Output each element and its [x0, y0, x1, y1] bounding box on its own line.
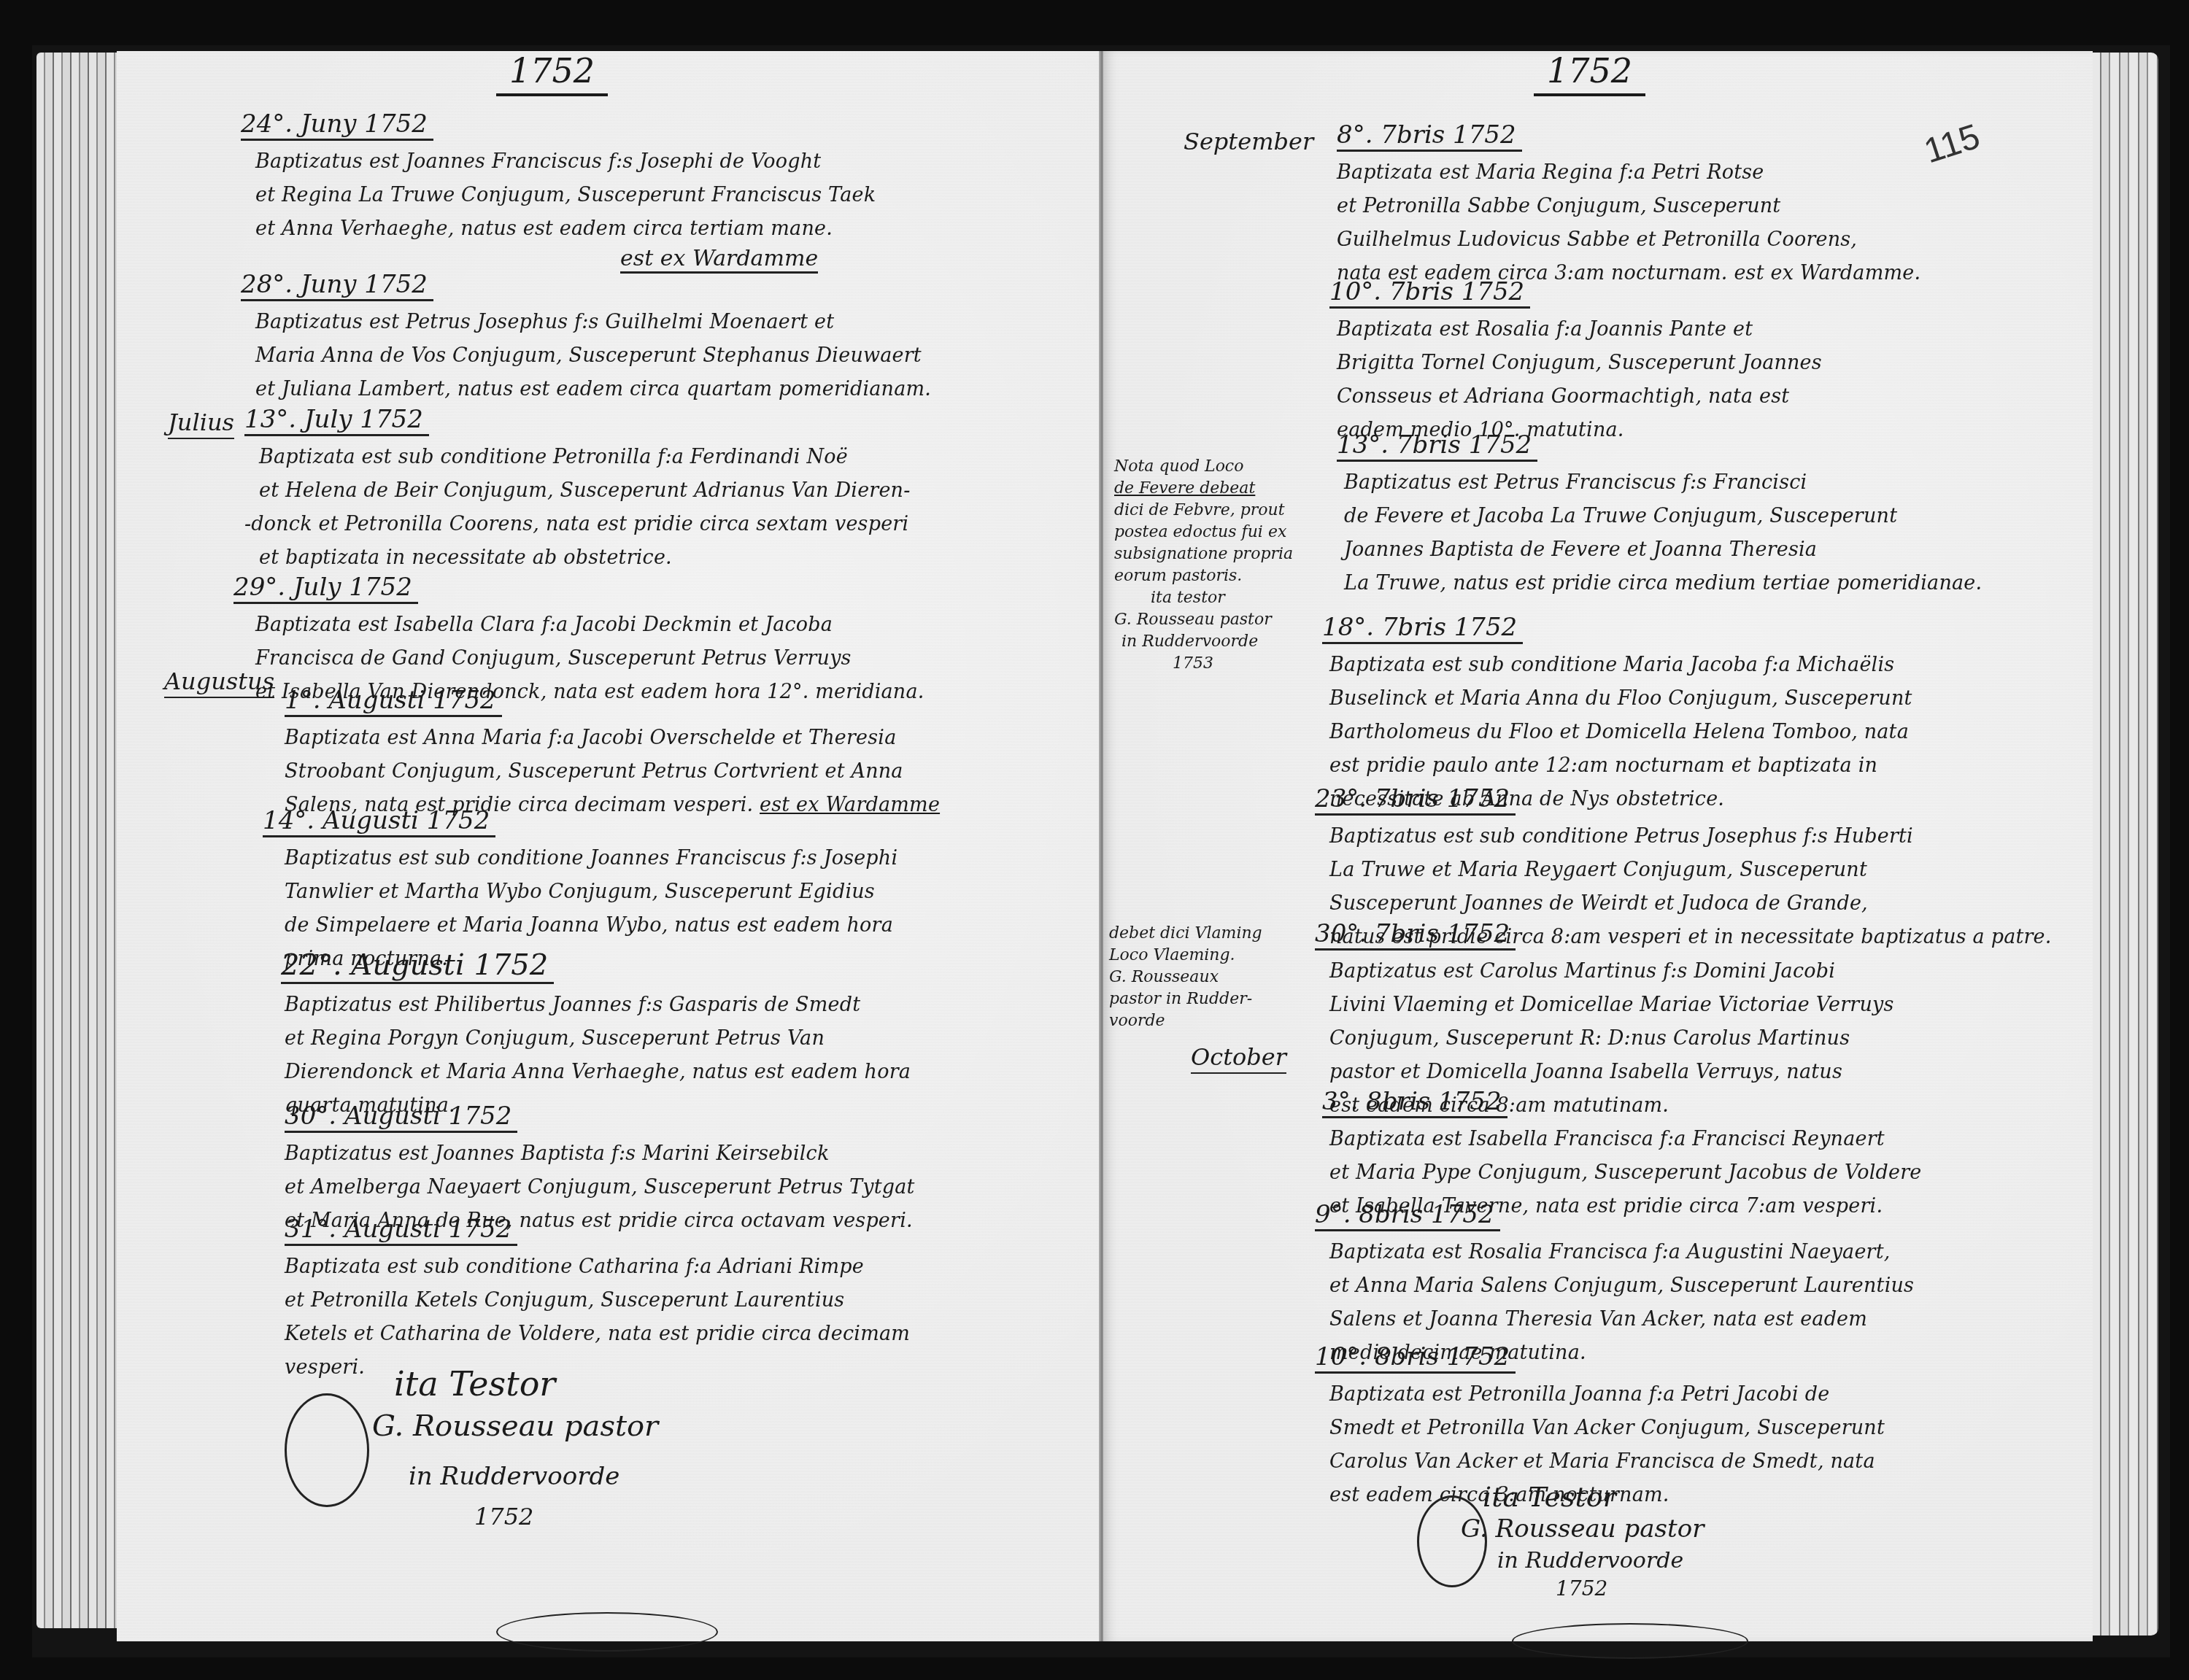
entry-line: La Truwe, natus est pridie circa medium … — [1337, 567, 1982, 600]
entry-line: Livini Vlaeming et Domicellae Mariae Vic… — [1315, 988, 1893, 1022]
entry-line: Baptizata est Maria Regina f:a Petri Rot… — [1337, 156, 1920, 190]
entry-line: et Regina Porgyn Conjugum, Susceperunt P… — [281, 1022, 911, 1056]
month-label-julius: Julius — [168, 409, 234, 439]
margin-note-line: pastor in Rudder- — [1109, 988, 1262, 1010]
entry-date: 24°. Juny 1752 — [241, 109, 433, 141]
entry-line: -donck et Petronilla Coorens, nata est p… — [244, 508, 911, 541]
entry-line: Bartholomeus du Floo et Domicella Helena… — [1322, 716, 1912, 749]
entry-line: et Helena de Beir Conjugum, Susceperunt … — [244, 474, 911, 508]
entry-line: Dierendonck et Maria Anna Verhaeghe, nat… — [281, 1056, 911, 1089]
margin-note-vlaming: debet dici Vlaming Loco Vlaeming. G. Rou… — [1109, 923, 1262, 1032]
entry-line: et Petronilla Ketels Conjugum, Susceperu… — [285, 1284, 910, 1317]
entry-line: Maria Anna de Vos Conjugum, Susceperunt … — [241, 339, 931, 373]
signature-place: in Ruddervoorde — [409, 1462, 658, 1491]
entry-line: et Regina La Truwe Conjugum, Susceperunt… — [241, 179, 876, 212]
entry-line: et Juliana Lambert, natus est eadem circ… — [241, 373, 931, 406]
entry-date: 14°. Augusti 1752 — [263, 806, 495, 837]
signature-ita-testor: ita Testor — [394, 1364, 658, 1404]
entry-date: 8°. 7bris 1752 — [1337, 120, 1522, 152]
entry-line: est pridie paulo ante 12:am nocturnam et… — [1322, 749, 1912, 783]
right-page: 1752 115 September October Nota quod Loc… — [1103, 51, 2093, 1641]
month-label-october: October — [1191, 1043, 1286, 1074]
margin-note-line: postea edoctus fui ex — [1114, 522, 1293, 543]
signature-name: G. Rousseau pastor — [372, 1409, 658, 1443]
entry-line: Baptizatus est Philibertus Joannes f:s G… — [281, 988, 911, 1022]
entry-line: Baptizata est Isabella Francisca f:a Fra… — [1322, 1123, 1921, 1156]
entry-line: Baptizata est Isabella Clara f:a Jacobi … — [233, 608, 924, 642]
entry-date: 31°. Augusti 1752 — [285, 1215, 517, 1246]
folio-number: 115 — [1919, 117, 1985, 172]
entry-line: Baptizata est Petronilla Joanna f:a Petr… — [1315, 1378, 1885, 1412]
entry-line: Baptizata est sub conditione Maria Jacob… — [1322, 649, 1912, 682]
signature-year: 1752 — [1556, 1576, 1704, 1600]
entry-line: et Anna Verhaeghe, natus est eadem circa… — [241, 212, 876, 246]
entry-date: 1°. Augusti 1752 — [285, 686, 502, 717]
entry-line: La Truwe et Maria Reygaert Conjugum, Sus… — [1315, 853, 2052, 887]
baptism-entry: 10°. 7bris 1752 Baptizata est Rosalia f:… — [1329, 277, 1822, 447]
entry-date: 9°. 8bris 1752 — [1315, 1200, 1500, 1231]
entry-date: 18°. 7bris 1752 — [1322, 613, 1523, 644]
margin-note-line: debet dici Vlaming — [1109, 923, 1262, 945]
margin-note-line: dici de Febvre, prout — [1114, 500, 1293, 522]
baptism-entry: 24°. Juny 1752 Baptizatus est Joannes Fr… — [241, 109, 876, 274]
pastor-signature: ita Testor G. Rousseau pastor in Rudderv… — [1344, 1481, 1704, 1600]
signature-year: 1752 — [474, 1503, 658, 1530]
baptism-entry: 22°. Augusti 1752 Baptizatus est Philibe… — [281, 948, 911, 1123]
entry-line: Susceperunt Joannes de Weirdt et Judoca … — [1315, 887, 2052, 921]
entry-line: Baptizatus est Joannes Baptista f:s Mari… — [285, 1137, 915, 1171]
baptism-entry: 13°. July 1752 Baptizata est sub conditi… — [244, 405, 911, 575]
entry-line: Baptizatus est sub conditione Joannes Fr… — [263, 842, 897, 875]
signature-name: G. Rousseau pastor — [1461, 1514, 1704, 1544]
entry-date: 30°. 7bris 1752 — [1315, 919, 1516, 951]
right-page-edges — [2091, 53, 2158, 1636]
entry-line: Guilhelmus Ludovicus Sabbe et Petronilla… — [1337, 223, 1920, 257]
entry-date: 28°. Juny 1752 — [241, 270, 433, 301]
signature-ita-testor: ita Testor — [1483, 1481, 1704, 1513]
signature-place: in Ruddervoorde — [1497, 1548, 1704, 1573]
entry-line: Baptizatus est sub conditione Petrus Jos… — [1315, 820, 2052, 853]
baptism-entry: 31°. Augusti 1752 Baptizata est sub cond… — [285, 1215, 910, 1385]
entry-date: 3°. 8bris 1752 — [1322, 1087, 1507, 1118]
entry-date: 13°. 7bris 1752 — [1337, 430, 1537, 462]
month-label-september: September — [1184, 128, 1313, 157]
entry-line: et Anna Maria Salens Conjugum, Susceperu… — [1315, 1269, 1914, 1303]
entry-line: Salens et Joanna Theresia Van Acker, nat… — [1315, 1303, 1914, 1336]
entry-line: Baptizatus est Petrus Franciscus f:s Fra… — [1337, 466, 1982, 500]
entry-line: Buselinck et Maria Anna du Floo Conjugum… — [1322, 682, 1912, 716]
baptism-entry: 1°. Augusti 1752 Baptizata est Anna Mari… — [285, 686, 940, 822]
margin-note-line: G. Rousseaux — [1109, 967, 1262, 988]
margin-note-line: eorum pastoris. — [1114, 565, 1293, 587]
entry-line: et Maria Pype Conjugum, Susceperunt Jaco… — [1322, 1156, 1921, 1190]
entry-line: et Amelberga Naeyaert Conjugum, Susceper… — [285, 1171, 915, 1204]
margin-note-line: 1753 — [1114, 653, 1293, 675]
entry-line: de Simpelaere et Maria Joanna Wybo, natu… — [263, 909, 897, 942]
entry-line: Baptizata est Rosalia f:a Joannis Pante … — [1329, 313, 1822, 347]
entry-date: 10°. 7bris 1752 — [1329, 277, 1530, 309]
entry-line: Francisca de Gand Conjugum, Susceperunt … — [233, 642, 924, 676]
page-year-heading: 1752 — [496, 51, 608, 96]
pastor-signature: ita Testor G. Rousseau pastor in Rudderv… — [255, 1364, 658, 1530]
margin-note-line: voorde — [1109, 1010, 1262, 1032]
margin-note-line: Nota quod Loco — [1114, 456, 1293, 478]
entry-date: 29°. July 1752 — [233, 573, 418, 604]
entry-line: Smedt et Petronilla Van Acker Conjugum, … — [1315, 1412, 1885, 1445]
baptism-entry: 28°. Juny 1752 Baptizatus est Petrus Jos… — [241, 270, 931, 406]
margin-note-line: subsignatione propria — [1114, 543, 1293, 565]
entry-line: Ketels et Catharina de Voldere, nata est… — [285, 1317, 910, 1351]
entry-date: 13°. July 1752 — [244, 405, 429, 436]
entry-line: Brigitta Tornel Conjugum, Susceperunt Jo… — [1329, 347, 1822, 380]
margin-note-line: G. Rousseau pastor — [1114, 609, 1293, 631]
entry-date: 23°. 7bris 1752 — [1315, 784, 1516, 816]
baptism-entry: 8°. 7bris 1752 Baptizata est Maria Regin… — [1337, 120, 1920, 290]
entry-date: 30°. Augusti 1752 — [285, 1102, 517, 1133]
entry-line: Joannes Baptista de Fevere et Joanna The… — [1337, 533, 1982, 567]
margin-note-line: ita testor — [1114, 587, 1293, 609]
signature-flourish — [285, 1393, 369, 1507]
baptism-entry: 13°. 7bris 1752 Baptizatus est Petrus Fr… — [1337, 430, 1982, 600]
signature-flourish — [496, 1612, 718, 1652]
entry-line: Baptizata est Rosalia Francisca f:a Augu… — [1315, 1236, 1914, 1269]
entry-line: Stroobant Conjugum, Susceperunt Petrus C… — [285, 755, 940, 789]
entry-line: Tanwlier et Martha Wybo Conjugum, Suscep… — [263, 875, 897, 909]
page-year-heading: 1752 — [1534, 51, 1645, 96]
entry-line: Baptizata est sub conditione Catharina f… — [285, 1250, 910, 1284]
margin-note-line: Loco Vlaeming. — [1109, 945, 1262, 967]
left-page: 1752 Julius Augustus 24°. Juny 1752 Bapt… — [117, 51, 1103, 1641]
entry-line: Carolus Van Acker et Maria Francisca de … — [1315, 1445, 1885, 1479]
margin-note-line: in Ruddervoorde — [1114, 631, 1293, 653]
entry-line: Baptizatus est Joannes Franciscus f:s Jo… — [241, 145, 876, 179]
signature-flourish — [1512, 1623, 1748, 1659]
entry-date: 10°. 8bris 1752 — [1315, 1342, 1516, 1374]
signature-flourish — [1417, 1495, 1487, 1587]
margin-note-line: de Fevere debeat — [1114, 478, 1293, 500]
entry-line: et Petronilla Sabbe Conjugum, Susceperun… — [1337, 190, 1920, 223]
entry-date: 22°. Augusti 1752 — [281, 948, 554, 984]
entry-line: Baptizatus est Carolus Martinus f:s Domi… — [1315, 955, 1893, 988]
entry-line: pastor et Domicella Joanna Isabella Verr… — [1315, 1056, 1893, 1089]
entry-line: Conjugum, Susceperunt R: D:nus Carolus M… — [1315, 1022, 1893, 1056]
left-page-edges — [36, 53, 118, 1628]
entry-line: Baptizata est Anna Maria f:a Jacobi Over… — [285, 721, 940, 755]
entry-line: de Fevere et Jacoba La Truwe Conjugum, S… — [1337, 500, 1982, 533]
entry-line: Baptizata est sub conditione Petronilla … — [244, 441, 911, 474]
entry-line: Consseus et Adriana Goormachtigh, nata e… — [1329, 380, 1822, 414]
entry-line: et baptizata in necessitate ab obstetric… — [244, 541, 911, 575]
entry-line: Baptizatus est Petrus Josephus f:s Guilh… — [241, 306, 931, 339]
margin-note-de-febvre: Nota quod Loco de Fevere debeat dici de … — [1114, 456, 1293, 675]
